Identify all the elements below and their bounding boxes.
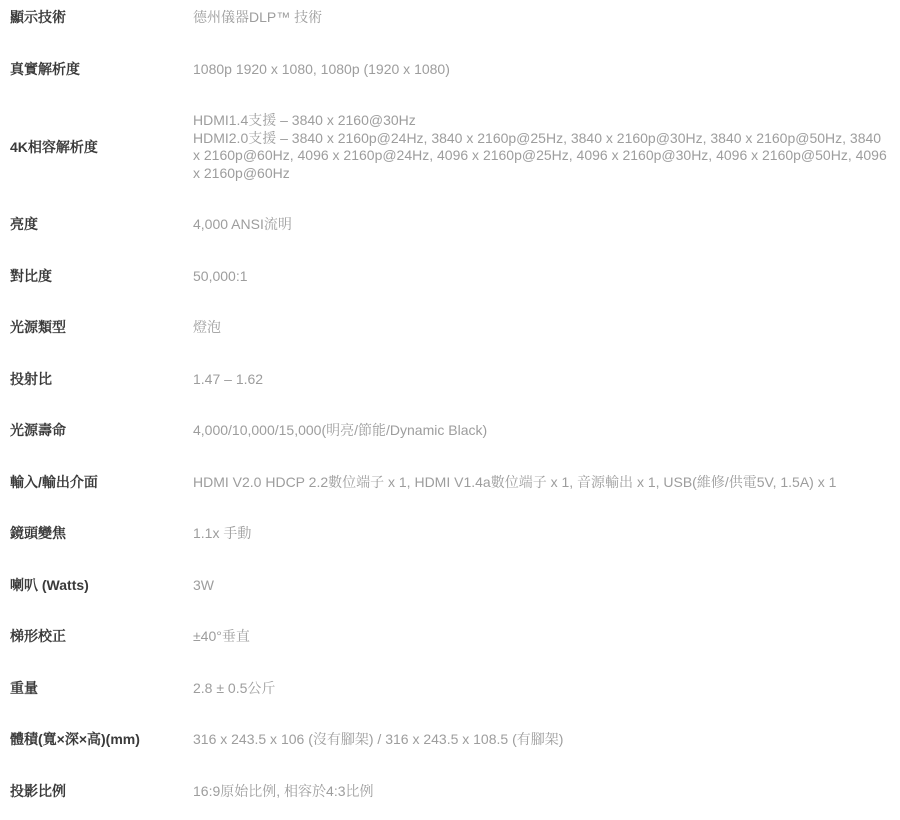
spec-label: 對比度 bbox=[10, 268, 193, 285]
spec-row-aspect-ratio: 投影比例 16:9原始比例, 相容於4:3比例 bbox=[10, 766, 890, 818]
spec-label: 重量 bbox=[10, 680, 193, 697]
spec-row-zoom-ratio: 鏡頭變焦 1.1x 手動 bbox=[10, 508, 890, 560]
spec-label: 真實解析度 bbox=[10, 61, 193, 78]
spec-row-speaker-watts: 喇叭 (Watts) 3W bbox=[10, 560, 890, 612]
spec-value: 1.1x 手動 bbox=[193, 525, 890, 543]
spec-value: ±40°垂直 bbox=[193, 628, 890, 646]
spec-label: 鏡頭變焦 bbox=[10, 525, 193, 542]
spec-label: 體積(寬×深×高)(mm) bbox=[10, 731, 193, 748]
product-spec-table: 顯示技術 德州儀器DLP™ 技術 真實解析度 1080p 1920 x 1080… bbox=[0, 0, 900, 817]
spec-value-line: HDMI2.0支援 – 3840 x 2160p@24Hz, 3840 x 21… bbox=[193, 130, 890, 183]
spec-row-native-resolution: 真實解析度 1080p 1920 x 1080, 1080p (1920 x 1… bbox=[10, 44, 890, 96]
spec-label: 亮度 bbox=[10, 216, 193, 233]
spec-row-brightness: 亮度 4,000 ANSI流明 bbox=[10, 199, 890, 251]
spec-value: 燈泡 bbox=[193, 319, 890, 337]
spec-label: 輸入/輸出介面 bbox=[10, 474, 193, 491]
spec-value-line: HDMI1.4支援 – 3840 x 2160@30Hz bbox=[193, 112, 890, 130]
spec-label: 梯形校正 bbox=[10, 628, 193, 645]
spec-row-4k-compatible-resolution: 4K相容解析度 HDMI1.4支援 – 3840 x 2160@30Hz HDM… bbox=[10, 95, 890, 199]
spec-row-contrast-ratio: 對比度 50,000:1 bbox=[10, 251, 890, 303]
spec-value: 德州儀器DLP™ 技術 bbox=[193, 9, 890, 27]
spec-label: 投射比 bbox=[10, 371, 193, 388]
spec-label: 4K相容解析度 bbox=[10, 139, 193, 156]
spec-label: 顯示技術 bbox=[10, 9, 193, 26]
spec-label: 喇叭 (Watts) bbox=[10, 577, 193, 594]
spec-row-throw-ratio: 投射比 1.47 – 1.62 bbox=[10, 354, 890, 406]
spec-value: 3W bbox=[193, 577, 890, 595]
spec-value: HDMI1.4支援 – 3840 x 2160@30Hz HDMI2.0支援 –… bbox=[193, 112, 890, 182]
spec-label: 投影比例 bbox=[10, 783, 193, 800]
spec-row-weight: 重量 2.8 ± 0.5公斤 bbox=[10, 663, 890, 715]
spec-value: 1080p 1920 x 1080, 1080p (1920 x 1080) bbox=[193, 61, 890, 79]
spec-row-dimensions: 體積(寬×深×高)(mm) 316 x 243.5 x 106 (沒有腳架) /… bbox=[10, 714, 890, 766]
spec-value: 16:9原始比例, 相容於4:3比例 bbox=[193, 783, 890, 801]
spec-value: 4,000/10,000/15,000(明亮/節能/Dynamic Black) bbox=[193, 422, 890, 440]
spec-row-io-interface: 輸入/輸出介面 HDMI V2.0 HDCP 2.2數位端子 x 1, HDMI… bbox=[10, 457, 890, 509]
spec-value: 1.47 – 1.62 bbox=[193, 371, 890, 389]
spec-label: 光源壽命 bbox=[10, 422, 193, 439]
spec-row-light-source-life: 光源壽命 4,000/10,000/15,000(明亮/節能/Dynamic B… bbox=[10, 405, 890, 457]
spec-row-light-source-type: 光源類型 燈泡 bbox=[10, 302, 890, 354]
spec-value: 50,000:1 bbox=[193, 268, 890, 286]
spec-value: 2.8 ± 0.5公斤 bbox=[193, 680, 890, 698]
spec-row-keystone-correction: 梯形校正 ±40°垂直 bbox=[10, 611, 890, 663]
spec-value: HDMI V2.0 HDCP 2.2數位端子 x 1, HDMI V1.4a數位… bbox=[193, 474, 890, 492]
spec-row-display-technology: 顯示技術 德州儀器DLP™ 技術 bbox=[10, 0, 890, 44]
spec-label: 光源類型 bbox=[10, 319, 193, 336]
spec-value: 4,000 ANSI流明 bbox=[193, 216, 890, 234]
spec-value: 316 x 243.5 x 106 (沒有腳架) / 316 x 243.5 x… bbox=[193, 731, 890, 749]
